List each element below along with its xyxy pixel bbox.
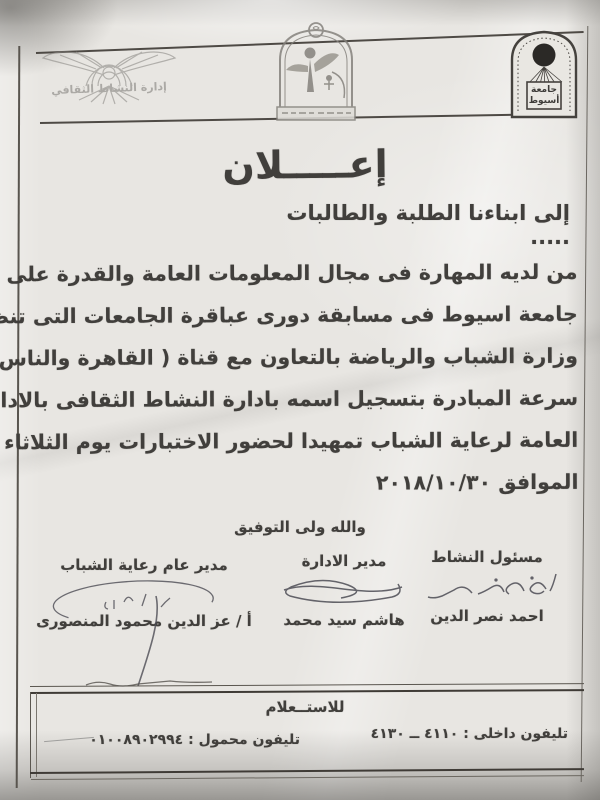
signature-role: مدير عام رعاية الشباب: [28, 556, 260, 574]
signature-role: مدير الادارة: [280, 552, 408, 570]
salutation: إلى ابناءنا الطلبة والطالبات .....: [250, 201, 570, 249]
signature-role: مسئول النشاط: [408, 548, 566, 566]
signature-block-youth-welfare-director: مدير عام رعاية الشباب أ / عز الدين محمود…: [28, 556, 260, 630]
footer-bottom-thin-line: [31, 775, 584, 780]
signature-block-activity-officer: مسئول النشاط احمد نصر الدين: [408, 548, 566, 625]
signature-name: أ / عز الدين محمود المنصورى: [28, 612, 260, 630]
footer-heading: للاستــعلام: [200, 698, 410, 716]
page-title: إعـــــلان: [150, 141, 460, 188]
pen-scribble-on-line: [84, 678, 214, 688]
footer-top-thick-line: [30, 689, 584, 694]
frame-right-line: [581, 26, 589, 782]
body-line: وزارة الشباب والرياضة بالتعاون مع قناة (…: [22, 335, 578, 379]
body-line: العامة لرعاية الشباب تمهيدا لحضور الاختب…: [22, 419, 578, 463]
handwritten-signature-icon: [28, 570, 260, 690]
footer-bottom-thick-line: [30, 768, 584, 774]
internal-phone-label: تليفون داخلى : ٤١١٠ ــ ٤١٣٠: [338, 726, 568, 742]
signature-block-admin-director: مدير الادارة هاشم سيد محمد: [280, 552, 408, 629]
handwritten-signature-icon: [412, 568, 562, 606]
youth-ministry-logo-icon: [272, 20, 360, 122]
body-line: سرعة المبادرة بتسجيل اسمه بادارة النشاط …: [22, 377, 578, 421]
body-line-date: الموافق ٢٠١٨/١٠/٣٠: [22, 461, 578, 505]
university-name-line2: أسيوط: [527, 96, 561, 107]
signature-name: هاشم سيد محمد: [280, 611, 408, 629]
footer-left-inner-line: [36, 693, 37, 777]
body-line: جامعة اسيوط فى مسابقة دورى عباقرة الجامع…: [22, 293, 578, 337]
footer-left-double-line: [30, 692, 31, 778]
signature-name: احمد نصر الدين: [408, 607, 566, 625]
university-emblem-icon: جامعة أسيوط: [505, 27, 583, 119]
body-line: من لديه المهارة فى مجال المعلومات العامة…: [21, 251, 577, 295]
closing-phrase: والله ولى التوفيق: [190, 518, 410, 536]
handwritten-signature-icon: [280, 570, 406, 610]
body-paragraph: من لديه المهارة فى مجال المعلومات العامة…: [21, 251, 578, 505]
university-name-line1: جامعة: [527, 85, 561, 96]
scanned-announcement-document: إدارة النشاط الثقافي: [0, 0, 600, 800]
mobile-phone-label: تليفون محمول : ٠١٠٠٨٩٠٢٩٩٤: [50, 732, 300, 748]
university-name: جامعة أسيوط: [527, 85, 561, 107]
cultural-activity-stamp-icon: إدارة النشاط الثقافي: [38, 28, 180, 106]
